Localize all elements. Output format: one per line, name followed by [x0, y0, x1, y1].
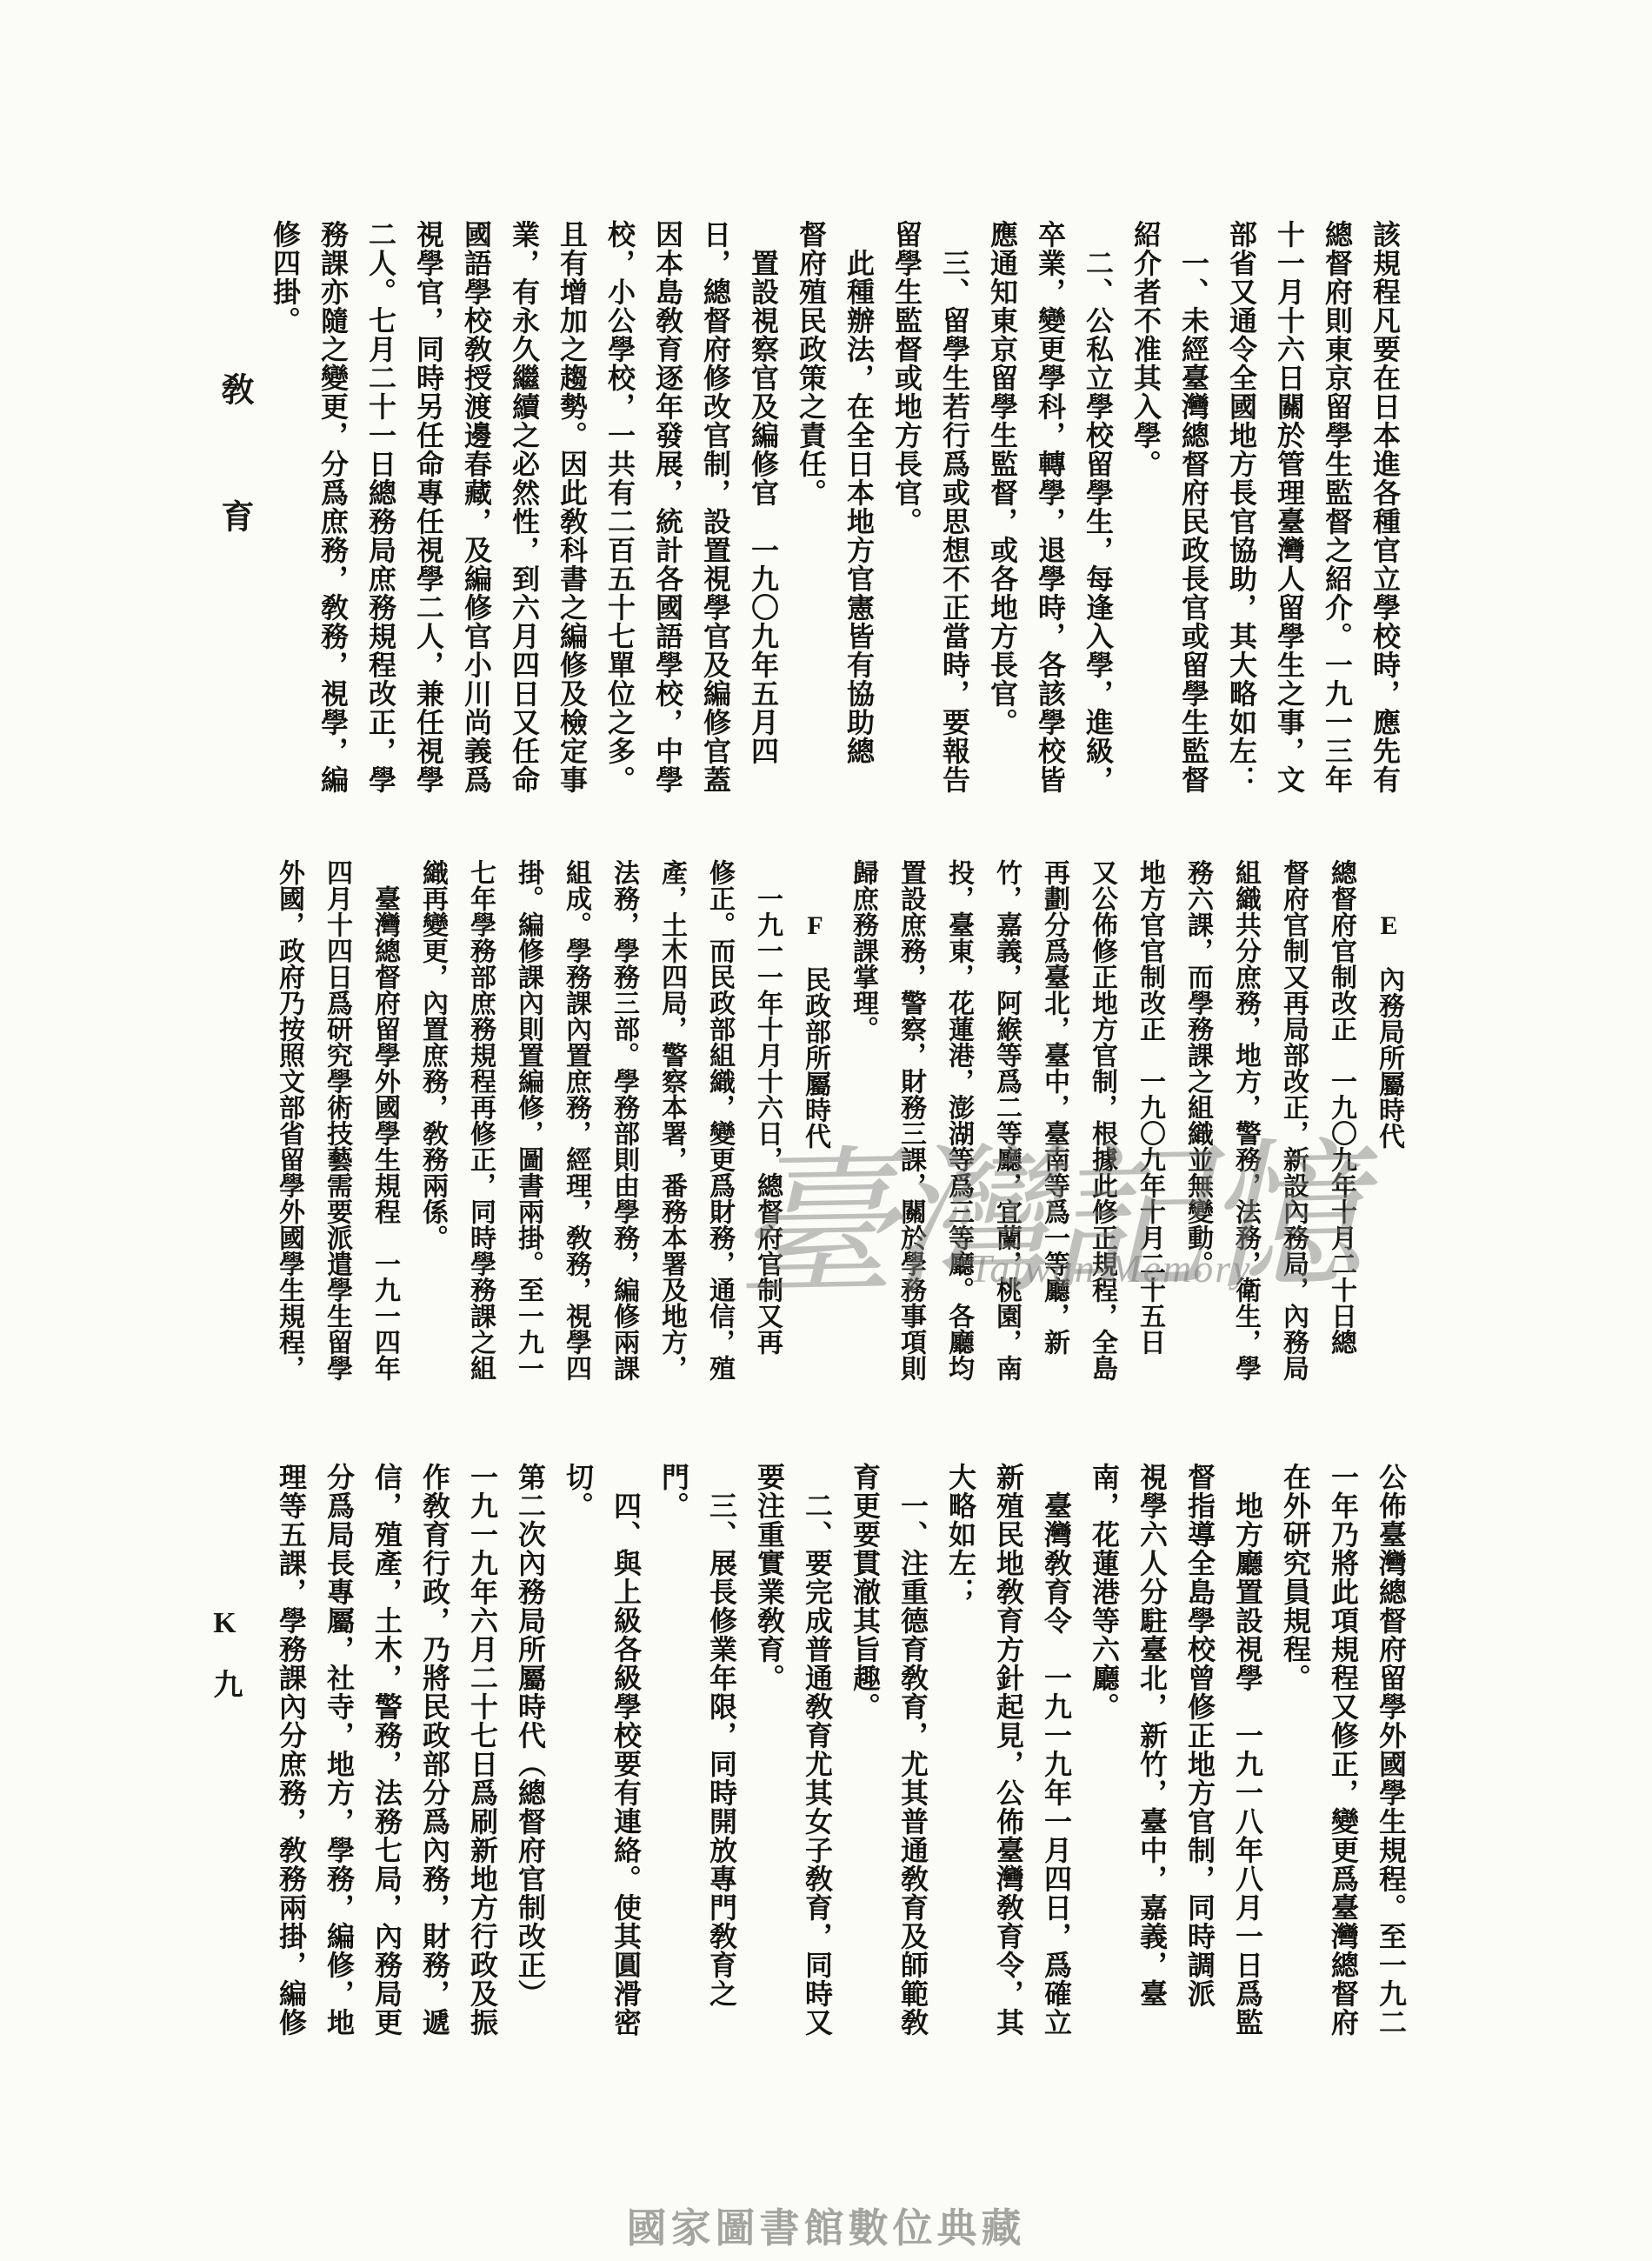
text-column: 歸庶務課掌理。	[839, 859, 887, 1433]
text-column: 理等五課，學務課內分庶務，敎務兩掛，編修	[267, 1463, 315, 2089]
text-column: 置設視察官及編修官 一九〇九年五月四	[739, 220, 787, 837]
text-column: 國語學校敎授渡邊春藏，及編修官小川尚義爲	[452, 220, 500, 837]
text-column: 視學官，同時另任命專任視學二人，兼任視學	[404, 220, 452, 837]
scanned-document-page: { "page": { "section_label_vertical": "敎…	[0, 0, 1652, 2261]
text-column: 新殖民地敎育方針起見，公佈臺灣敎育令，其	[984, 1463, 1032, 2089]
text-column: 育更要貫澈其旨趣。	[841, 1463, 889, 2089]
text-column: 一、未經臺灣總督府民政長官或留學生監督	[1169, 220, 1217, 837]
text-column: 業，有永久繼續之必然性，到六月四日又任命	[500, 220, 548, 837]
footer-archive-label: 國家圖書館數位典藏	[0, 2197, 1652, 2254]
text-column: 二、公私立學校留學生，每逢入學，進級，	[1074, 220, 1122, 837]
text-column: 十一月十六日關於管理臺灣人留學生之事，文	[1265, 220, 1313, 837]
text-column: 校，小公學校，一共有二百五十七單位之多。	[596, 220, 643, 837]
text-column: 南，花蓮港等六廳。	[1080, 1463, 1128, 2089]
text-column: 因本島敎育逐年發展，統計各國語學校，中學	[643, 220, 691, 837]
text-column: 組成。學務課內置庶務，經理，敎務，視學四	[552, 859, 600, 1433]
text-column: 四月十四日爲研究學術技藝需要派遣學生留學	[313, 859, 361, 1433]
text-column: 二人。七月二十一日總務局庶務規程改正，學	[356, 220, 404, 837]
text-column: 修正。而民政部組織，變更爲財務，通信，殖	[696, 859, 743, 1433]
text-column: 四、與上級各級學校要有連絡。使其圓滑密	[602, 1463, 649, 2089]
text-band-bottom: 公佈臺灣總督府留學外國學生規程。至一九二一年乃將此項規程又修正，變更爲臺灣總督府…	[267, 1463, 1415, 2089]
text-band-top: 該規程凡要在日本進各種官立學校時，應先有總督府則東京留學生監督之紹介。一九一三年…	[261, 220, 1409, 837]
chapter-label-education: 敎育	[210, 372, 258, 626]
text-column: 信，殖產，土木，警務，法務七局，內務局更	[363, 1463, 410, 2089]
text-column: 產，土木四局，警察本署，番務本署及地方，	[648, 859, 696, 1433]
text-column: 且有增加之趨勢。因此敎科書之編修及檢定事	[548, 220, 596, 837]
text-column: 公佈臺灣總督府留學外國學生規程。至一九二	[1367, 1463, 1415, 2089]
text-column: 要注重實業敎育。	[745, 1463, 793, 2089]
text-column: 視學六人分駐臺北，新竹，臺中，嘉義，臺	[1128, 1463, 1176, 2089]
text-column: 紹介者不准其入學。	[1122, 220, 1169, 837]
text-column: 督指導全島學校曾修正地方官制，同時調派	[1176, 1463, 1223, 2089]
text-column: 部省又通令全國地方長官協助，其大略如左：	[1217, 220, 1265, 837]
text-column: 竹，嘉義，阿緱等爲二等廳，宜蘭，桃園，南	[983, 859, 1030, 1433]
text-column: 三、留學生若行爲或思想不正當時，要報告	[930, 220, 978, 837]
text-column: 再劃分爲臺北，臺中，臺南等爲一等廳，新	[1030, 859, 1078, 1433]
text-column: E 內務局所屬時代	[1365, 859, 1413, 1433]
text-column: 總督府官制改正 一九〇九年十月二十日總	[1317, 859, 1365, 1433]
text-column: 三、展長修業年限，同時開放專門敎育之	[697, 1463, 745, 2089]
text-column: 此種辦法，在全日本地方官憲皆有協助總	[835, 220, 883, 837]
text-column: 一年乃將此項規程又修正，變更爲臺灣總督府	[1319, 1463, 1367, 2089]
text-column: 一九一九年六月二十七日爲刷新地方行政及振	[458, 1463, 506, 2089]
text-column: 分爲局長專屬，社寺，地方，學務，編修，地	[315, 1463, 363, 2089]
text-column: 法務，學務三部。學務部則由學務，編修兩課	[600, 859, 648, 1433]
text-column: 務課亦隨之變更，分爲庶務，敎務，視學，編	[309, 220, 356, 837]
text-column: F 民政部所屬時代	[791, 859, 839, 1433]
text-column: 二、要完成普通敎育尤其女子敎育，同時又	[793, 1463, 841, 2089]
text-column: 應通知東京留學生監督，或各地方長官。	[978, 220, 1026, 837]
text-column: 作敎育行政，乃將民政部分爲內務，財務，遞	[410, 1463, 458, 2089]
text-column: 投，臺東，花蓮港，澎湖等爲三等廳。各廳均	[935, 859, 983, 1433]
text-column: 卒業，變更學科，轉學，退學時，各該學校皆	[1026, 220, 1074, 837]
text-column: 第二次內務局所屬時代（總督府官制改正）	[506, 1463, 554, 2089]
text-column: 外國，政府乃按照文部省留學外國學生規程，	[265, 859, 313, 1433]
text-column: 七年學務部庶務規程再修正，同時學務課之組	[456, 859, 504, 1433]
text-column: 切。	[554, 1463, 602, 2089]
page-marker: K九	[203, 1607, 246, 1728]
text-column: 一九一一年十月十六日，總督府官制又再	[743, 859, 791, 1433]
text-column: 織再變更，內置庶務，敎務兩係。	[409, 859, 456, 1433]
text-column: 留學生監督或地方長官。	[883, 220, 930, 837]
text-column: 日，總督府修改官制，設置視學官及編修官蓋	[691, 220, 739, 837]
text-column: 總督府則東京留學生監督之紹介。一九一三年	[1313, 220, 1361, 837]
text-column: 地方廳置設視學 一九一八年八月一日爲監	[1223, 1463, 1271, 2089]
text-column: 置設庶務，警察，財務三課，關於學務事項則	[887, 859, 935, 1433]
text-column: 大略如左；	[936, 1463, 984, 2089]
text-column: 一、注重德育敎育，尤其普通敎育及師範敎	[889, 1463, 936, 2089]
text-column: 務六課，而學務課之組織並無變動。	[1174, 859, 1222, 1433]
text-column: 又公佈修正地方官制，根據此修正規程，全島	[1078, 859, 1126, 1433]
text-column: 督府官制又再局部改正，新設內務局，內務局	[1269, 859, 1317, 1433]
text-band-middle: E 內務局所屬時代總督府官制改正 一九〇九年十月二十日總督府官制又再局部改正，新…	[265, 859, 1413, 1433]
text-column: 臺灣敎育令 一九一九年一月四日，爲確立	[1032, 1463, 1080, 2089]
text-column: 掛。編修課內則置編修，圖書兩掛。至一九一	[504, 859, 552, 1433]
text-column: 在外研究員規程。	[1271, 1463, 1319, 2089]
text-column: 修四掛。	[261, 220, 309, 837]
text-column: 該規程凡要在日本進各種官立學校時，應先有	[1361, 220, 1409, 837]
text-column: 門。	[649, 1463, 697, 2089]
text-column: 督府殖民政策之責任。	[787, 220, 835, 837]
text-column: 組織共分庶務，地方，警務，法務，衛生，學	[1222, 859, 1269, 1433]
text-column: 地方官官制改正 一九〇九年十月二十五日	[1126, 859, 1174, 1433]
text-column: 臺灣總督府留學外國學生規程 一九一四年	[361, 859, 409, 1433]
